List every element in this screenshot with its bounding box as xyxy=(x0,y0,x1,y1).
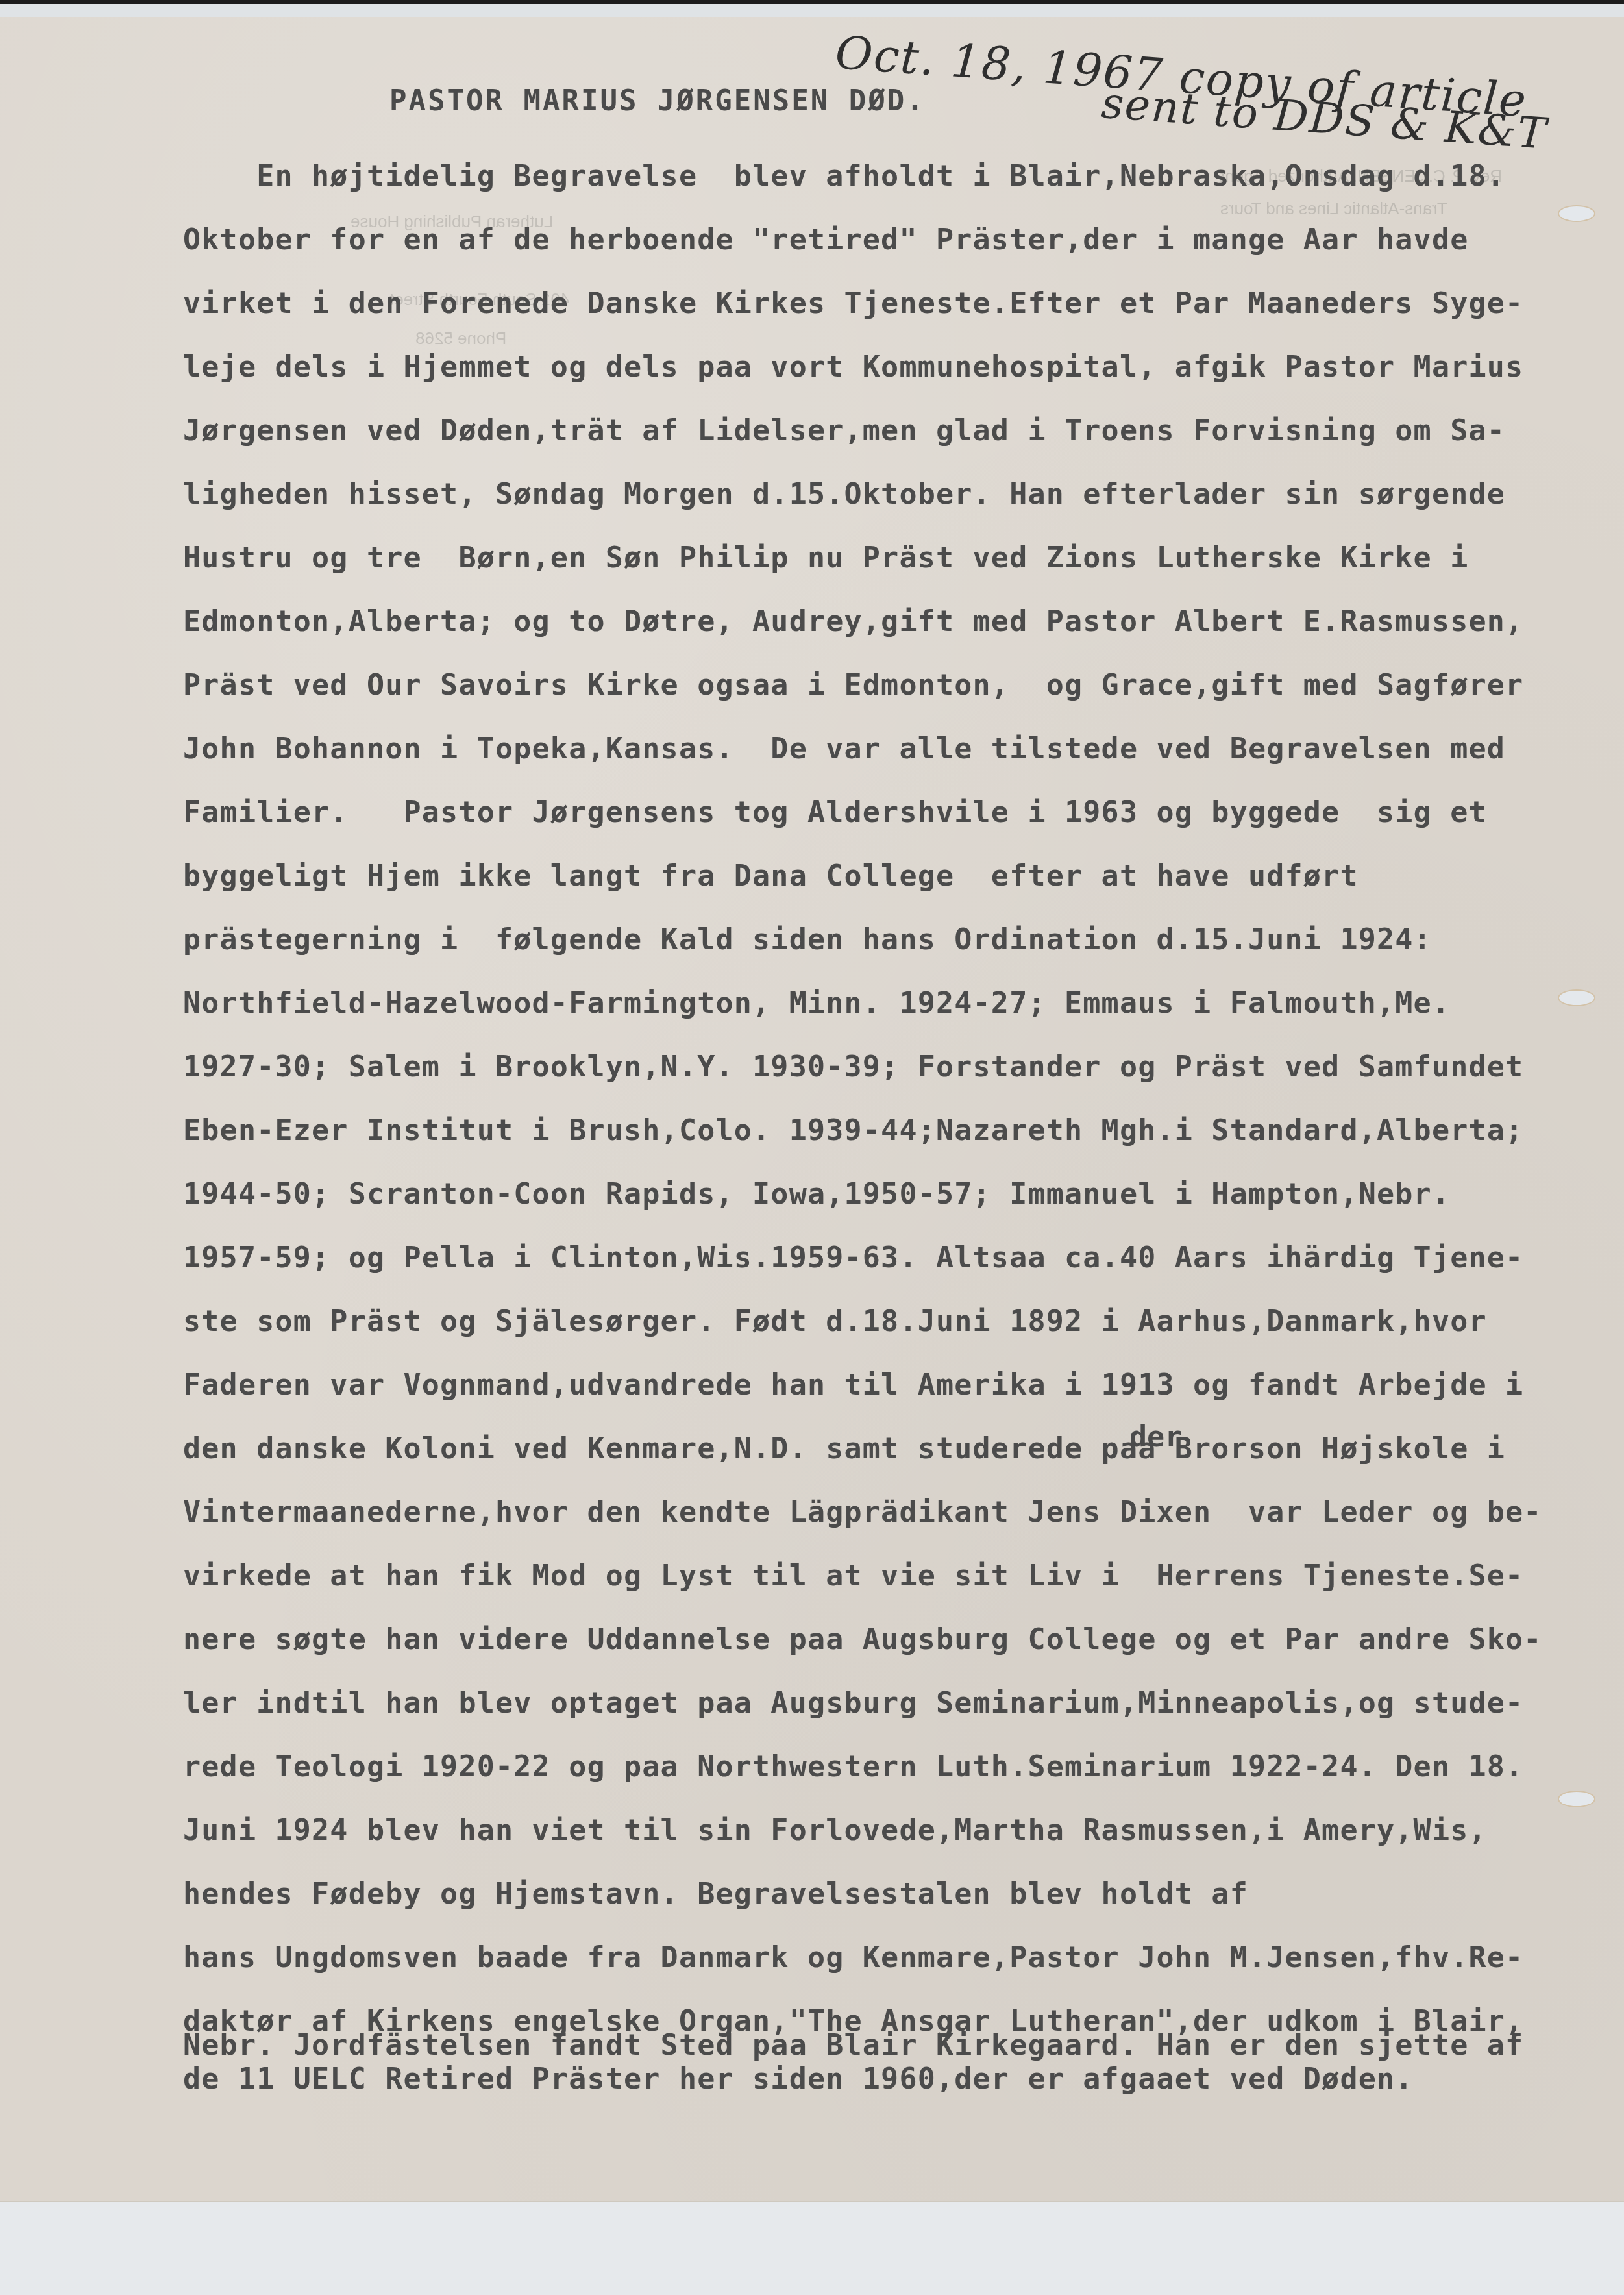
body-line: ler indtil han blev optaget paa Augsburg… xyxy=(183,1671,1585,1735)
body-line: Vintermaanederne,hvor den kendte Lägpräd… xyxy=(183,1480,1585,1544)
body-line: 1957-59; og Pella i Clinton,Wis.1959-63.… xyxy=(183,1226,1585,1289)
page-title: PASTOR MARIUS JØRGENSEN DØD. xyxy=(389,84,926,118)
body-line: Präst ved Our Savoirs Kirke ogsaa i Edmo… xyxy=(183,653,1585,717)
body-line: Northfield-Hazelwood-Farmington, Minn. 1… xyxy=(183,971,1585,1035)
body-line: Faderen var Vognmand,udvandrede han til … xyxy=(183,1353,1585,1417)
body-line: Familier. Pastor Jørgensens tog Aldershv… xyxy=(183,780,1585,844)
body-line: daktør af Kirkens engelske Organ,"The An… xyxy=(183,1989,1585,2028)
body-line: 1944-50; Scranton-Coon Rapids, Iowa,1950… xyxy=(183,1162,1585,1226)
body-line: Nebr. Jordfästelsen fandt Sted paa Blair… xyxy=(183,2028,1585,2062)
article-body: En højtidelig Begravelse blev afholdt i … xyxy=(183,144,1585,2096)
body-line: ligheden hisset, Søndag Morgen d.15.Okto… xyxy=(183,462,1585,526)
body-line: rede Teologi 1920-22 og paa Northwestern… xyxy=(183,1735,1585,1798)
body-line: leje dels i Hjemmet og dels paa vort Kom… xyxy=(183,335,1585,399)
body-line: 1927-30; Salem i Brooklyn,N.Y. 1930-39; … xyxy=(183,1035,1585,1098)
body-line: de 11 UELC Retired Präster her siden 196… xyxy=(183,2062,1585,2096)
body-line: virkede at han fik Mod og Lyst til at vi… xyxy=(183,1544,1585,1607)
body-line: ste som Präst og Själesørger. Født d.18.… xyxy=(183,1289,1585,1353)
body-line: hendes Fødeby og Hjemstavn. Begravelsest… xyxy=(183,1862,1585,1926)
body-line: Edmonton,Alberta; og to Døtre, Audrey,gi… xyxy=(183,589,1585,653)
body-line: Hustru og tre Børn,en Søn Philip nu Präs… xyxy=(183,526,1585,589)
body-line: Juni 1924 blev han viet til sin Forloved… xyxy=(183,1798,1585,1862)
body-line: John Bohannon i Topeka,Kansas. De var al… xyxy=(183,717,1585,780)
body-line: den danske Koloni ved Kenmare,N.D. samt … xyxy=(183,1417,1585,1480)
body-line: nere søgte han videre Uddannelse paa Aug… xyxy=(183,1607,1585,1671)
body-line: virket i den Forenede Danske Kirkes Tjen… xyxy=(183,271,1585,335)
body-line: Jørgensen ved Døden,trät af Lidelser,men… xyxy=(183,399,1585,462)
body-line: hans Ungdomsven baade fra Danmark og Ken… xyxy=(183,1926,1585,1989)
body-line: prästegerning i følgende Kald siden hans… xyxy=(183,908,1585,971)
scanner-bed-strip xyxy=(0,4,1624,18)
body-line: byggeligt Hjem ikke langt fra Dana Colle… xyxy=(183,844,1585,908)
body-line: En højtidelig Begravelse blev afholdt i … xyxy=(183,144,1585,208)
body-line: Oktober for en af de herboende "retired"… xyxy=(183,208,1585,271)
body-line: Eben-Ezer Institut i Brush,Colo. 1939-44… xyxy=(183,1098,1585,1162)
